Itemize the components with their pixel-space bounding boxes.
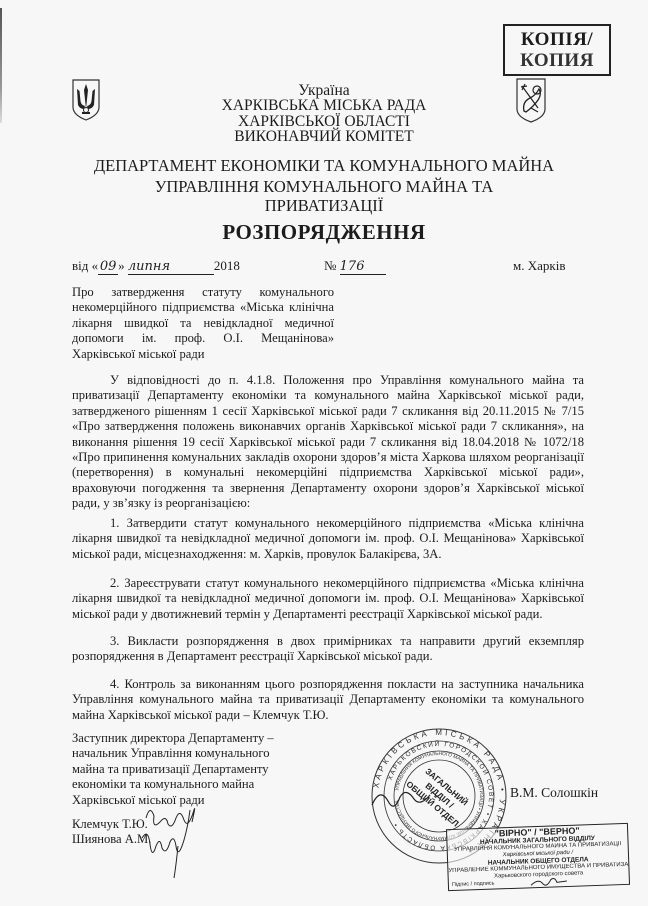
preamble-text: У відповідності до п. 4.1.8. Положення п… — [72, 373, 584, 512]
order-item-4: 4. Контроль за виконанням цього розпоряд… — [72, 677, 584, 723]
date-month: липня — [128, 260, 214, 275]
date-year: 2018 — [214, 258, 240, 273]
position-line: економіки та комунального майна — [72, 777, 302, 792]
document-title: РОЗПОРЯДЖЕННЯ — [0, 220, 648, 245]
verification-stamp: "ВІРНО" / "ВЕРНО" НАЧАЛЬНИК ЗАГАЛЬНОГО В… — [446, 823, 630, 891]
department-line3: ПРИВАТИЗАЦІЇ — [0, 196, 648, 215]
document-city: м. Харків — [513, 258, 565, 274]
order-item-1-text: 1. Затвердити статут комунального некоме… — [72, 516, 584, 562]
header-committee: ВИКОНАВЧИЙ КОМІТЕТ — [0, 128, 648, 145]
document-number: № 176 — [324, 258, 386, 275]
position-line: майна та приватизації Департаменту — [72, 762, 302, 777]
position-line: Заступник директора Департаменту – — [72, 731, 302, 746]
document-subject: Про затвердження статуту комунального не… — [72, 285, 334, 362]
handwritten-signature-approvals — [138, 800, 210, 885]
department-line1: ДЕПАРТАМЕНТ ЕКОНОМІКИ ТА КОМУНАЛЬНОГО МА… — [0, 156, 648, 175]
order-item-1: 1. Затвердити статут комунального некоме… — [72, 516, 584, 562]
copy-stamp-line1: КОПІЯ/ — [505, 29, 609, 50]
position-line: начальник Управління комунального — [72, 746, 302, 761]
header-council: ХАРКІВСЬКА МІСЬКА РАДА — [0, 97, 648, 114]
copy-stamp-line2: КОПИЯ — [505, 50, 609, 71]
preamble: У відповідності до п. 4.1.8. Положення п… — [72, 373, 584, 512]
number-value: 176 — [340, 260, 386, 275]
date-day-close: » — [118, 258, 125, 273]
document-date: від «09» липня2018 — [72, 258, 240, 275]
order-item-4-text: 4. Контроль за виконанням цього розпоряд… — [72, 677, 584, 723]
order-item-3: 3. Викласти розпорядження в двох примірн… — [72, 634, 584, 665]
verify-stamp-signature-icon — [529, 875, 569, 888]
order-item-2-text: 2. Зареєструвати статут комунального нек… — [72, 576, 584, 622]
signer-name: В.М. Солошкін — [510, 785, 598, 801]
signatory-position: Заступник директора Департаменту – начал… — [72, 731, 302, 808]
order-item-3-text: 3. Викласти розпорядження в двох примірн… — [72, 634, 584, 665]
copy-stamp: КОПІЯ/ КОПИЯ — [503, 24, 611, 76]
number-label: № — [324, 258, 336, 273]
order-item-2: 2. Зареєструвати статут комунального нек… — [72, 576, 584, 622]
date-from-label: від « — [72, 258, 98, 273]
department-line2: УПРАВЛІННЯ КОМУНАЛЬНОГО МАЙНА ТА — [0, 177, 648, 196]
date-day: 09 — [98, 260, 118, 275]
